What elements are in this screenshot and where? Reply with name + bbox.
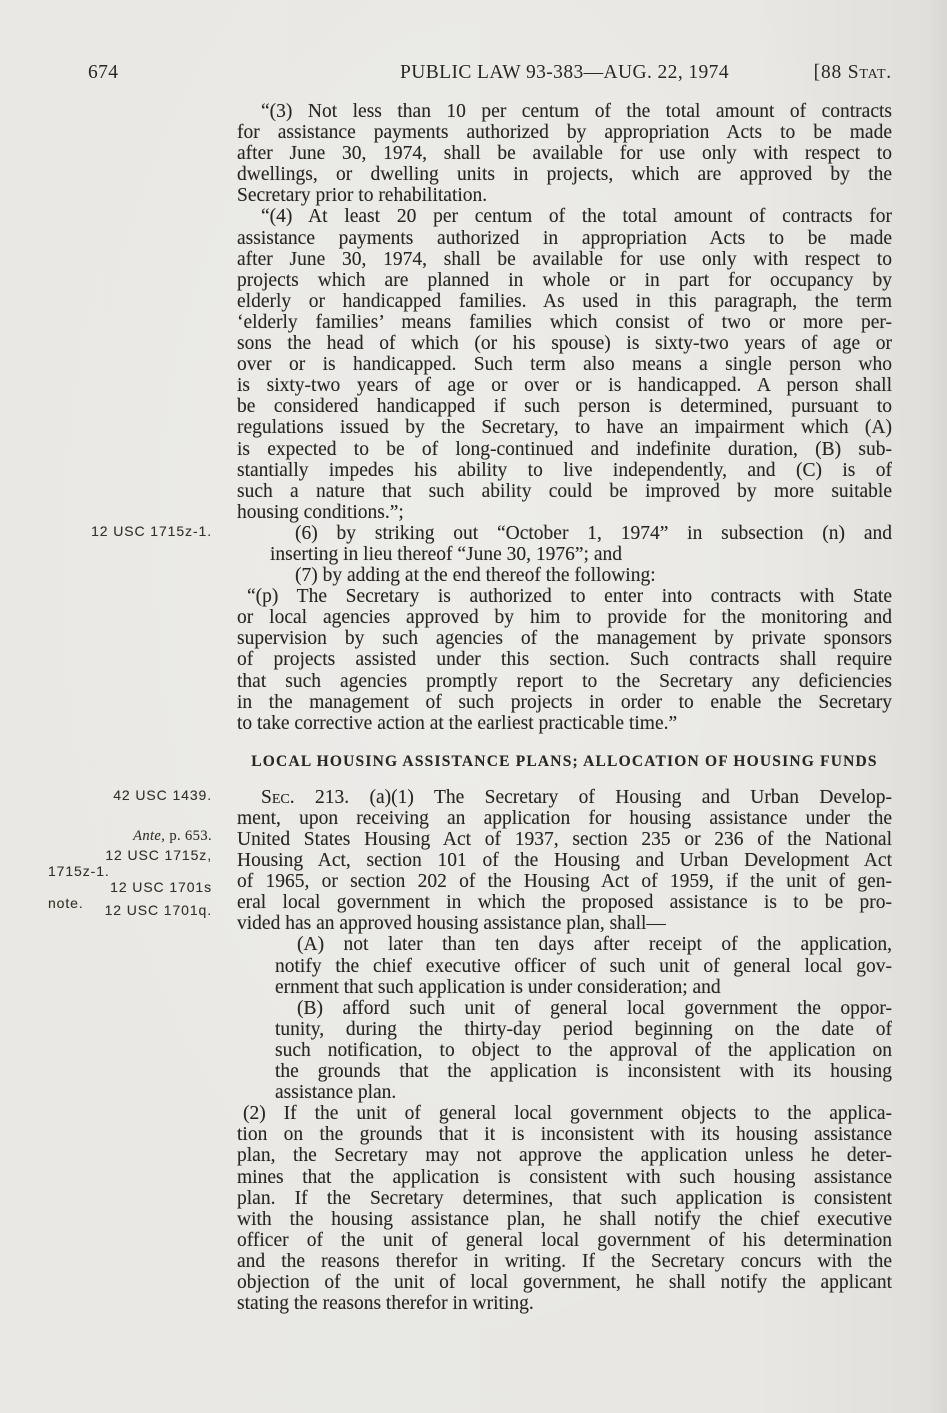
margin-note-line: 12 USC 1701s	[48, 879, 212, 895]
margin-note-line: 12 USC 1701q.	[48, 902, 212, 918]
text-line: with the housing assistance plan, he sha…	[237, 1209, 892, 1230]
text-line: in the management of such projects in or…	[237, 692, 892, 713]
text-line: (A) not later than ten days after receip…	[275, 934, 892, 955]
text-line: assistance payments authorized in approp…	[237, 228, 892, 249]
clause-a: (A) not later than ten days after receip…	[275, 934, 892, 997]
text-line: after June 30, 1974, shall be available …	[237, 249, 892, 270]
text-line: tion on the grounds that it is inconsist…	[237, 1124, 892, 1145]
text-line: projects which are planned in whole or i…	[237, 270, 892, 291]
page-number: 674	[88, 62, 118, 84]
text-line: be considered handicapped if such person…	[237, 396, 892, 417]
text-line: vided has an approved housing assistance…	[237, 913, 892, 934]
margin-note-12usc1715z: 12 USC 1715z, 1715z-1.	[48, 847, 212, 879]
text-line: “(p) The Secretary is authorized to ente…	[237, 586, 892, 607]
text-line: plan, the Secretary may not approve the …	[237, 1145, 892, 1166]
margin-note-12usc1701q: 12 USC 1701q.	[48, 902, 212, 918]
text-line: regulations issued by the Secretary, to …	[237, 417, 892, 438]
margin-note-ante-p653: Ante, p. 653.	[48, 828, 212, 844]
paragraph-3: “(3) Not less than 10 per centum of the …	[237, 101, 892, 206]
stat-citation: [88 Stat.	[814, 62, 892, 84]
text-line: that such agencies promptly report to th…	[237, 671, 892, 692]
text-line: or local agencies approved by him to pro…	[237, 607, 892, 628]
text-line: such notification, to object to the appr…	[275, 1040, 892, 1061]
body-column: “(3) Not less than 10 per centum of the …	[237, 101, 892, 1314]
text-line: elderly or handicapped families. As used…	[237, 291, 892, 312]
ante-italic: Ante,	[133, 828, 165, 844]
text-line: “(3) Not less than 10 per centum of the …	[237, 101, 892, 122]
amendment-item-6: (6) by striking out “October 1, 1974” in…	[270, 523, 892, 565]
section-213-paragraph: Sec. 213. (a)(1) The Secretary of Housin…	[237, 787, 892, 935]
text-line: to take corrective action at the earlies…	[237, 713, 892, 734]
text-line: plan. If the Secretary determines, that …	[237, 1188, 892, 1209]
paragraph-2: (2) If the unit of general local governm…	[237, 1103, 892, 1314]
text-line: inserting in lieu thereof “June 30, 1976…	[270, 544, 892, 565]
page-header: 674 PUBLIC LAW 93-383—AUG. 22, 1974 [88 …	[0, 62, 947, 88]
text-line: ernment that such application is under c…	[275, 977, 892, 998]
text-line: ment, upon receiving an application for …	[237, 808, 892, 829]
text-line: for assistance payments authorized by ap…	[237, 122, 892, 143]
clause-b: (B) afford such unit of general local go…	[275, 998, 892, 1103]
paragraph-4: “(4) At least 20 per centum of the total…	[237, 206, 892, 522]
text-line: sons the head of which (or his spouse) i…	[237, 333, 892, 354]
sec-first-line-rest: 213. (a)(1) The Secretary of Housing and…	[295, 787, 892, 808]
text-line: notify the chief executive officer of su…	[275, 956, 892, 977]
text-line: after June 30, 1974, shall be available …	[237, 143, 892, 164]
amendment-item-7: (7) by adding at the end thereof the fol…	[270, 565, 892, 586]
text-line: of projects assisted under this section.…	[237, 649, 892, 670]
text-line: the grounds that the application is inco…	[275, 1061, 892, 1082]
margin-note-line: 12 USC 1715z,	[48, 847, 212, 863]
margin-note-line: 12 USC 1715z-1.	[48, 523, 212, 539]
paragraph-p: “(p) The Secretary is authorized to ente…	[237, 586, 892, 734]
sec-label: Sec.	[261, 787, 295, 808]
text-line: stantially impedes his ability to live i…	[237, 460, 892, 481]
text-line: ‘elderly families’ means families which …	[237, 312, 892, 333]
margin-note-42usc1439: 42 USC 1439.	[48, 787, 212, 803]
text-line: such a nature that such ability could be…	[237, 481, 892, 502]
text-line: housing conditions.”;	[237, 502, 892, 523]
text-line: (B) afford such unit of general local go…	[275, 998, 892, 1019]
text-line: supervision by such agencies of the mana…	[237, 628, 892, 649]
text-line: objection of the unit of local governmen…	[237, 1272, 892, 1293]
text-line: dwellings, or dwelling units in projects…	[237, 164, 892, 185]
text-line: (2) If the unit of general local governm…	[237, 1103, 892, 1124]
text-line: United States Housing Act of 1937, secti…	[237, 829, 892, 850]
text-line: Secretary prior to rehabilitation.	[237, 185, 892, 206]
text-line: over or is handicapped. Such term also m…	[237, 354, 892, 375]
text-line: eral local government in which the propo…	[237, 892, 892, 913]
text-line: and the reasons therefor in writing. If …	[237, 1251, 892, 1272]
text-line: mines that the application is consistent…	[237, 1167, 892, 1188]
margin-note-line: 1715z-1.	[48, 863, 212, 879]
text-line: is expected to be of long-continued and …	[237, 439, 892, 460]
margin-note-line: Ante, p. 653.	[48, 828, 212, 844]
text-line: “(4) At least 20 per centum of the total…	[237, 206, 892, 227]
text-line: Housing Act, section 101 of the Housing …	[237, 850, 892, 871]
text-line: (7) by adding at the end thereof the fol…	[270, 565, 892, 586]
text-line: stating the reasons therefor in writing.	[237, 1293, 892, 1314]
margin-note-12usc1715z-1: 12 USC 1715z-1.	[48, 523, 212, 539]
text-line: officer of the unit of general local gov…	[237, 1230, 892, 1251]
margin-note-line: 42 USC 1439.	[48, 787, 212, 803]
section-heading: LOCAL HOUSING ASSISTANCE PLANS; ALLOCATI…	[237, 752, 892, 772]
text-line: Sec. 213. (a)(1) The Secretary of Housin…	[237, 787, 892, 808]
header-title: PUBLIC LAW 93-383—AUG. 22, 1974	[237, 62, 892, 84]
text-line: tunity, during the thirty-day period beg…	[275, 1019, 892, 1040]
statute-page: 674 PUBLIC LAW 93-383—AUG. 22, 1974 [88 …	[0, 0, 947, 1413]
text-line: assistance plan.	[275, 1082, 892, 1103]
ante-rest: p. 653.	[165, 828, 212, 844]
text-line: is sixty-two years of age or over or is …	[237, 375, 892, 396]
text-line: (6) by striking out “October 1, 1974” in…	[270, 523, 892, 544]
text-line: of 1965, or section 202 of the Housing A…	[237, 871, 892, 892]
